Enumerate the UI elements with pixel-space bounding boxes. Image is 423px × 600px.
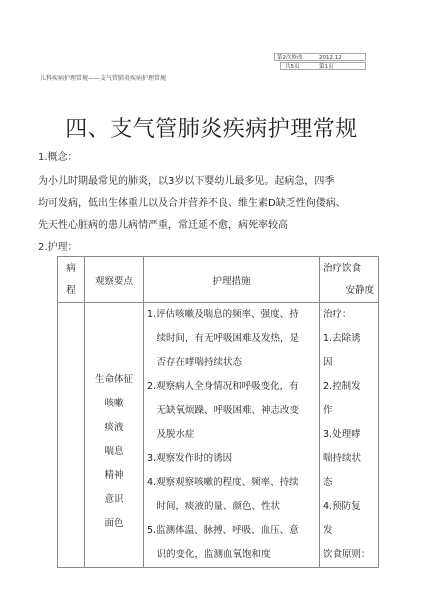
cell-course	[58, 303, 85, 568]
concept-line-3: 先天性心脏病的患儿病情严重，常迁延不愈，病死率较高	[38, 216, 288, 231]
section-heading-nursing: 2.护理：	[38, 238, 78, 253]
header-measures: 护理措施	[144, 257, 320, 303]
cell-observation: 生命体征 咳嗽 痰液 喘息 精神 意识 面色	[85, 303, 144, 568]
table-header-row: 病 程 观察要点 护理措施 治疗饮食 安静度	[58, 257, 379, 303]
revision-label: 第2次修改	[277, 54, 303, 62]
cell-measures: 1.评估咳嗽及喘息的频率、强度、持 续时间，有无呼吸困难及发热，是 否存在哮喘持…	[144, 303, 320, 568]
current-page: 第1页	[319, 63, 334, 71]
revision-date: 2012.12	[319, 54, 342, 62]
header-course: 病 程	[58, 257, 85, 303]
cell-treatment-diet: 治疗： 1.去除诱 因 2.控制发 作 3.处理哮 喘持续状 态 4.预防复 发…	[320, 303, 379, 568]
concept-line-1: 为小儿时期最常见的肺炎，以3岁以下婴幼儿最多见。起病急，四季	[38, 172, 334, 187]
page-count-box: 共5页 第1页	[280, 62, 366, 70]
page-title: 四、支气管肺炎疾病护理常规	[0, 112, 423, 143]
revision-box: 第2次修改 2012.12	[274, 53, 366, 61]
header-treatment-diet: 治疗饮食 安静度	[320, 257, 379, 303]
section-heading-concept: 1.概念：	[38, 148, 78, 163]
header-observation: 观察要点	[85, 257, 144, 303]
total-pages: 共5页	[285, 63, 300, 71]
concept-line-2: 均可发病，低出生体重儿以及合并营养不良、维生素D缺乏性佝偻病、	[38, 194, 346, 209]
table-row: 生命体征 咳嗽 痰液 喘息 精神 意识 面色 1.评估咳嗽及喘息的频率、强度、持…	[58, 303, 379, 568]
nursing-table: 病 程 观察要点 护理措施 治疗饮食 安静度 生命体征 咳嗽 痰液 喘息 精神 …	[57, 256, 379, 568]
running-head: 儿科疾病护理常规——支气管肺炎疾病护理常规	[40, 73, 166, 82]
